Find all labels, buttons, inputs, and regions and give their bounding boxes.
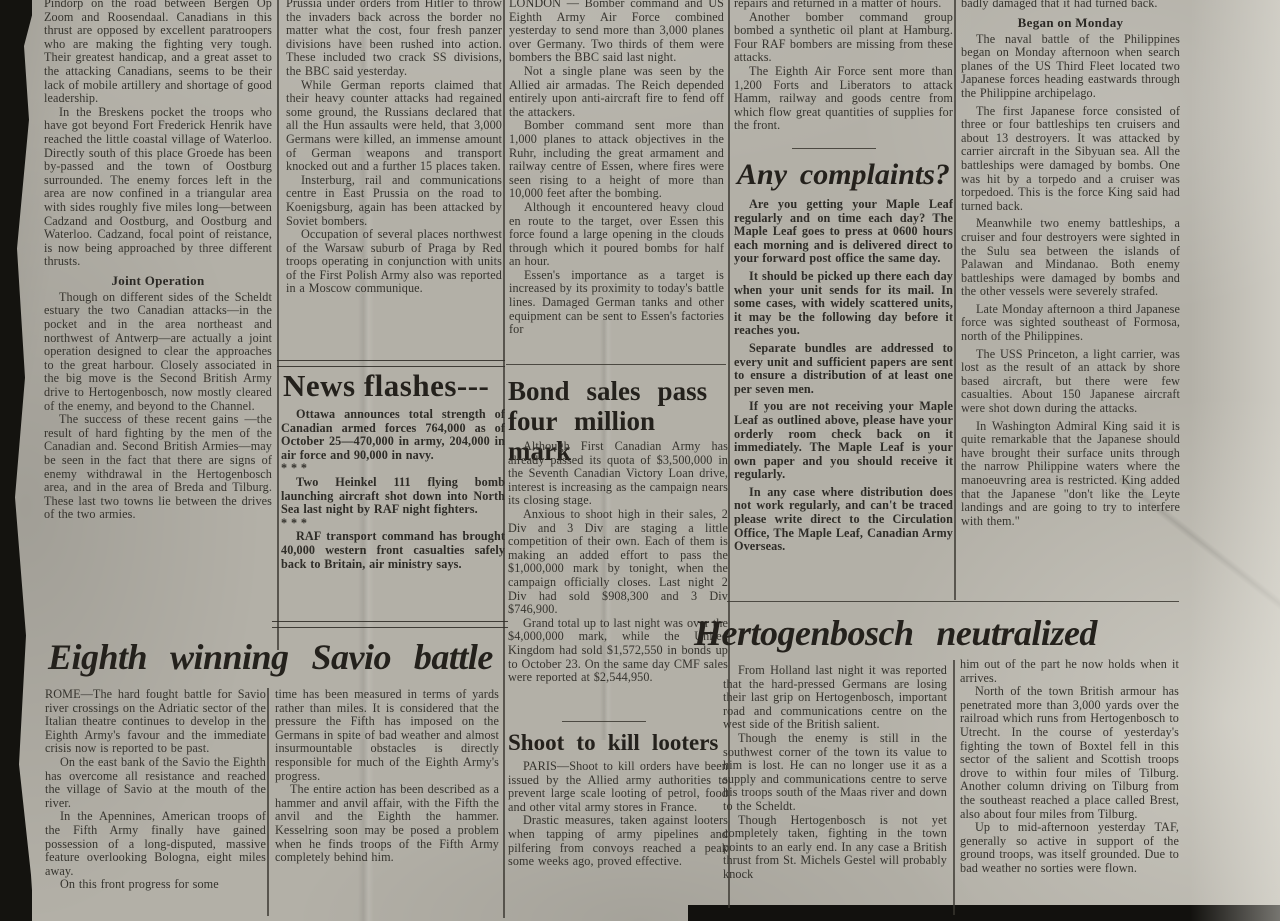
paper-crease (1190, 0, 1280, 921)
headline-hertogenbosch: Hertogenbosch neutralized (694, 612, 1097, 654)
paragraph: In the Apennines, American troops of the… (45, 810, 266, 878)
paragraph: The entire action has been described as … (275, 783, 499, 865)
paragraph: The success of these recent gains —the r… (44, 413, 272, 522)
article-any-complaints: Are you getting your Maple Leaf regularl… (734, 198, 953, 598)
paragraph: Separate bundles are addressed to every … (734, 342, 953, 396)
paragraph: Two Heinkel 111 flying bomb launching ai… (281, 476, 505, 517)
paragraph: If you are not receiving your Maple Leaf… (734, 400, 953, 482)
paragraph: In the Breskens pocket the troops who ha… (44, 106, 272, 269)
paragraph: Anxious to shoot high in their sales, 2 … (508, 508, 728, 617)
paragraph: The naval battle of the Philippines bega… (961, 33, 1180, 101)
article-news-flashes: Ottawa announces total strength of Canad… (281, 408, 505, 620)
paragraph: Drastic measures, taken against looters … (508, 814, 728, 868)
paragraph: The first Japanese force consisted of th… (961, 105, 1180, 214)
headline-line: Bond sales pass (508, 376, 730, 406)
paragraph: On the east bank of the Savio the Eighth… (45, 756, 266, 810)
subhead-joint-operation: Joint Operation (44, 273, 272, 289)
paragraph: Insterburg, rail and communications cent… (286, 174, 502, 228)
paragraph: repairs and returned in a matter of hour… (734, 0, 953, 11)
scan-edge-left (0, 0, 32, 921)
article-bomber-returns: repairs and returned in a matter of hour… (734, 0, 953, 145)
paragraph: Meanwhile two enemy battleships, a cruis… (961, 217, 1180, 299)
article-hertogenbosch-right: him out of the part he now holds when it… (960, 658, 1179, 918)
column-divider (954, 0, 956, 600)
paragraph: Occupation of several places northwest o… (286, 228, 502, 296)
article-hertogenbosch-left: From Holland last night it was reported … (723, 664, 947, 918)
article-philippines: badly damaged that it had turned back. B… (961, 0, 1180, 598)
paragraph: LONDON — Bomber command and US Eighth Ar… (509, 0, 724, 65)
paragraph: Bomber command sent more than 1,000 plan… (509, 119, 724, 201)
paragraph: ROME—The hard fought battle for Savio ri… (45, 688, 266, 756)
paragraph: Essen's importance as a target is increa… (509, 269, 724, 337)
star-separator: * * * (281, 462, 505, 476)
column-divider (277, 0, 279, 650)
paragraph: On this front progress for some (45, 878, 266, 892)
paragraph: time has been measured in terms of yards… (275, 688, 499, 783)
section-rule (792, 148, 876, 149)
paragraph: It should be picked up there each day wh… (734, 270, 953, 338)
section-rule (272, 621, 508, 628)
headline-savio-battle: Eighth winning Savio battle (48, 636, 493, 678)
subhead-began-on-monday: Began on Monday (961, 15, 1180, 31)
paragraph: Are you getting your Maple Leaf regularl… (734, 198, 953, 266)
section-rule (727, 601, 1179, 602)
section-rule (506, 364, 726, 365)
paragraph: Up to mid-afternoon yesterday TAF, gener… (960, 821, 1179, 875)
paragraph: Another bomber command group bombed a sy… (734, 11, 953, 65)
paragraph: RAF transport command has brought 40,000… (281, 530, 505, 571)
paragraph: The Eighth Air Force sent more than 1,20… (734, 65, 953, 133)
headline-any-complaints: Any complaints? (737, 158, 950, 192)
section-rule (277, 360, 505, 367)
paragraph: Not a single plane was seen by the Allie… (509, 65, 724, 119)
paragraph: Late Monday afternoon a third Japanese f… (961, 303, 1180, 344)
article-shoot-looters: PARIS—Shoot to kill orders have been iss… (508, 760, 728, 905)
paragraph: him out of the part he now holds when it… (960, 658, 1179, 685)
section-rule (562, 721, 646, 722)
column-divider (953, 660, 955, 915)
paragraph: Though on different sides of the Scheldt… (44, 291, 272, 413)
paragraph: Prussia under orders from Hitler to thro… (286, 0, 502, 79)
paragraph: North of the town British armour has pen… (960, 685, 1179, 821)
article-air-offensive: LONDON — Bomber command and US Eighth Ar… (509, 0, 724, 360)
paragraph: In any case where distribution does not … (734, 486, 953, 554)
headline-news-flashes: News flashes--- (283, 368, 489, 404)
paragraph: While German reports claimed that their … (286, 79, 502, 174)
paragraph: Pindorp on the road between Bergen Op Zo… (44, 0, 272, 106)
article-savio-left: ROME—The hard fought battle for Savio ri… (45, 688, 266, 918)
article-savio-right: time has been measured in terms of yards… (275, 688, 499, 918)
article-scheldt-front: Pindorp on the road between Bergen Op Zo… (44, 0, 272, 647)
paragraph: PARIS—Shoot to kill orders have been iss… (508, 760, 728, 814)
star-separator: * * * (281, 517, 505, 531)
paragraph: Though the enemy is still in the southwe… (723, 732, 947, 814)
paragraph: Though Hertogenbosch is not yet complete… (723, 814, 947, 882)
paragraph: Although First Canadian Army has already… (508, 440, 728, 508)
article-bond-sales: Although First Canadian Army has already… (508, 440, 728, 718)
paragraph: From Holland last night it was reported … (723, 664, 947, 732)
paragraph: In Washington Admiral King said it is qu… (961, 420, 1180, 529)
paragraph: Ottawa announces total strength of Canad… (281, 408, 505, 462)
column-divider (267, 688, 269, 916)
newspaper-page: Pindorp on the road between Bergen Op Zo… (0, 0, 1280, 921)
headline-shoot-looters: Shoot to kill looters (508, 730, 718, 756)
paragraph: The USS Princeton, a light carrier, was … (961, 348, 1180, 416)
article-east-prussia: Prussia under orders from Hitler to thro… (286, 0, 502, 357)
paragraph: badly damaged that it had turned back. (961, 0, 1180, 11)
paragraph: Although it encountered heavy cloud en r… (509, 201, 724, 269)
